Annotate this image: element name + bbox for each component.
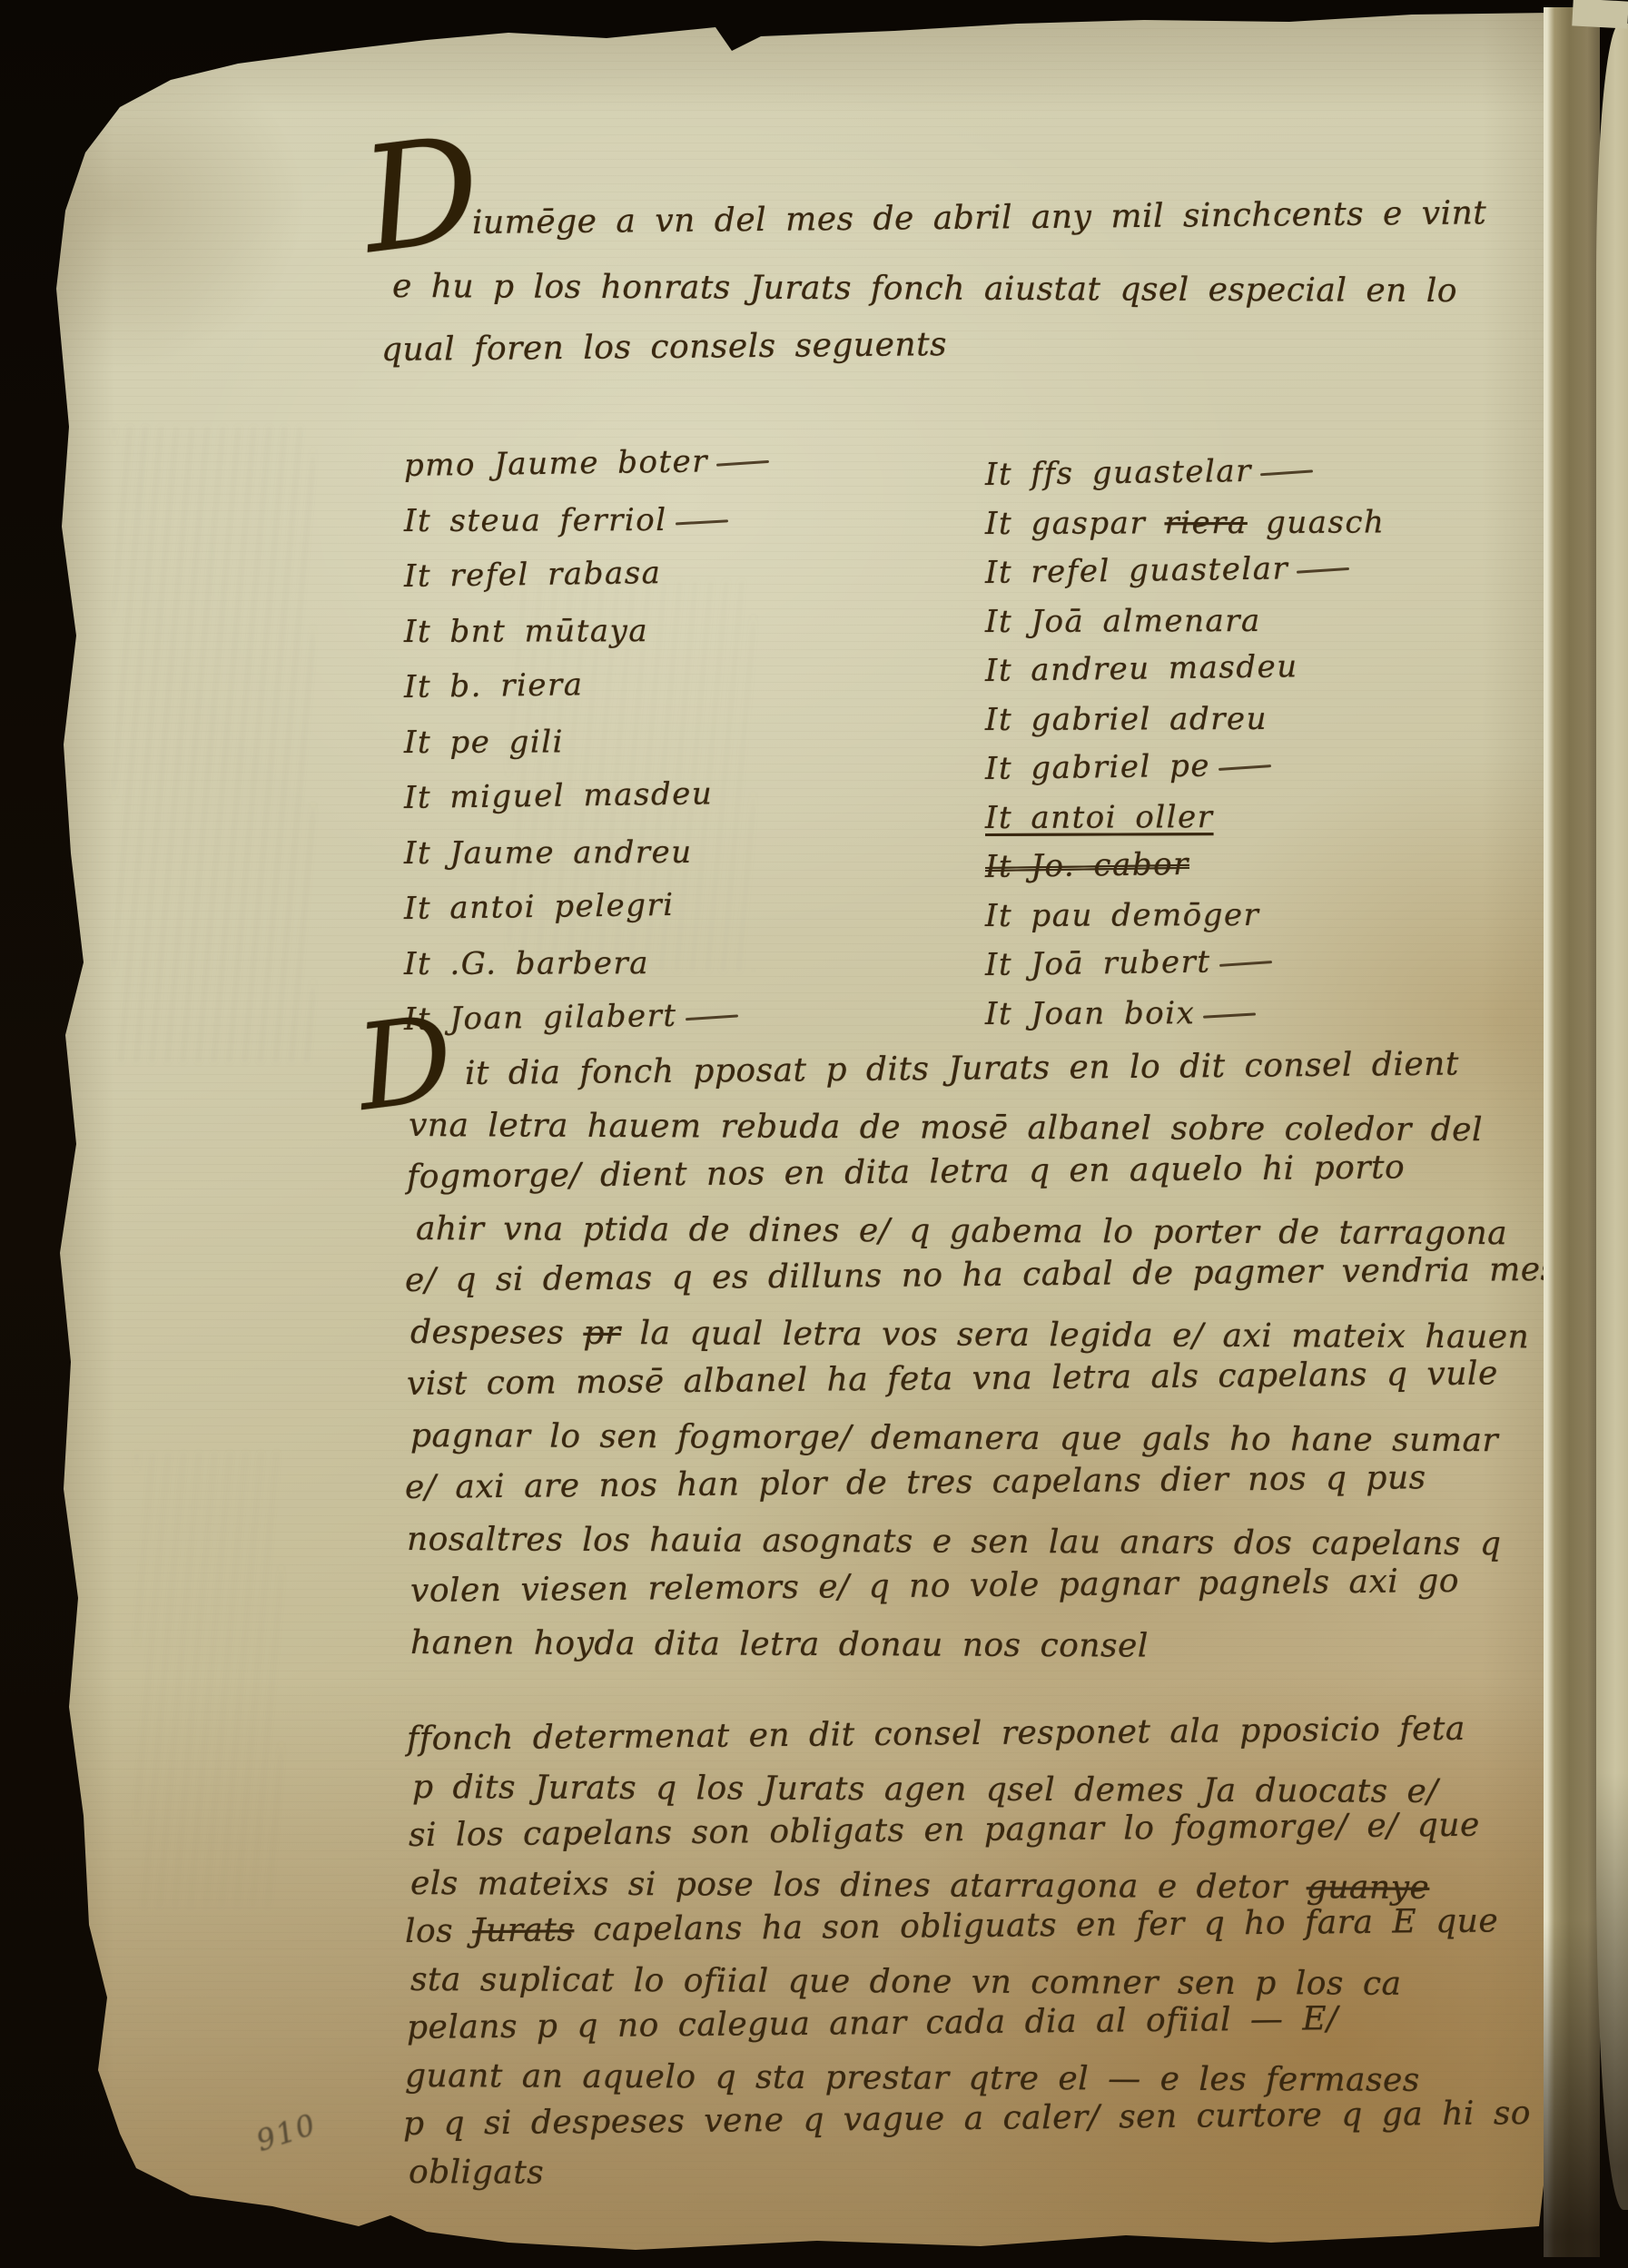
attendee-name: It ffs guastelar (985, 451, 1386, 493)
manuscript-line: despeses pr la qual letra vos sera legid… (410, 1314, 1529, 1356)
attendee-name: It pe gili (404, 724, 769, 761)
attendee-name: It antoi oller (985, 798, 1386, 836)
attendee-name: It .G. barbera (404, 945, 769, 982)
verso-ink-bleedthrough (113, 427, 313, 1062)
attendee-name: It antoi pelegri (404, 885, 770, 927)
struck-word: guanye (1307, 1869, 1430, 1907)
folio-number: 848 (71, 34, 154, 84)
attendee-name: It b. riera (404, 664, 770, 705)
manuscript-line: pagnar lo sen fogmorge/ demanera que gal… (410, 1417, 1498, 1459)
attendee-name: It gabriel pe (985, 745, 1386, 787)
manuscript-line: p q si despeses vene q vague a caler/ se… (403, 2095, 1531, 2143)
attendee-column-right: It ffs guastelar It gaspar riera guasch … (985, 457, 1385, 1045)
manuscript-line: los Jurats capelans ha son obliguats en … (405, 1902, 1499, 1950)
manuscript-line: ahir vna ptida de dines e/ q gabema lo p… (416, 1210, 1507, 1252)
manuscript-line: nosaltres los hauia asognats e sen lau a… (407, 1521, 1502, 1563)
binding-gutter (1544, 7, 1600, 2257)
attendee-name: It pau demōger (985, 896, 1386, 934)
manuscript-line: si los capelans son obligats en pagnar l… (409, 1807, 1480, 1854)
manuscript-line: e hu p los honrats Jurats fonch aiustat … (392, 268, 1457, 310)
manuscript-page: 848 D iumēge a vn del mes de abril any m… (0, 0, 1628, 2268)
attendee-name: It andreu masdeu (985, 647, 1386, 689)
attendee-column-left: pmo Jaume boter It steua ferriol It refe… (404, 448, 769, 1057)
manuscript-line: guant an aquelo q sta prestar qtre el — … (405, 2057, 1420, 2099)
torn-paper-fragment (1572, 0, 1628, 29)
attendee-name: It steua ferriol (404, 502, 769, 539)
attendee-name: It refel rabasa (404, 553, 770, 595)
manuscript-line: qual foren los consels seguents (381, 326, 947, 369)
manuscript-scan: 848 D iumēge a vn del mes de abril any m… (0, 0, 1628, 2268)
manuscript-line: ffonch determenat en dit consel responet… (407, 1711, 1465, 1758)
manuscript-line: vist com mosē albanel ha feta vna letra … (407, 1355, 1498, 1403)
initial-capital-d: D (355, 116, 488, 274)
struck-word: pr (583, 1315, 620, 1352)
attendee-name: It Joan boix (985, 994, 1386, 1032)
facing-page-edge (1596, 24, 1628, 2210)
manuscript-line: iumēge a vn del mes de abril any mil sin… (472, 194, 1487, 242)
attendee-name: It Joā almenara (985, 602, 1386, 640)
manuscript-line: sta suplicat lo ofiial que done vn comne… (410, 1961, 1402, 2003)
manuscript-line: hanen hoyda dita letra donau nos consel (410, 1624, 1149, 1665)
manuscript-line: e/ q si demas q es dilluns no ha cabal d… (405, 1251, 1558, 1299)
attendee-name: pmo Jaume boter (404, 442, 770, 484)
attendee-name: It gabriel adreu (985, 700, 1386, 738)
manuscript-line: obligats (409, 2154, 544, 2192)
attendee-name: It miguel masdeu (404, 774, 770, 816)
attendee-name: It Jaume andreu (404, 834, 769, 872)
manuscript-line: els mateixs si pose los dines atarragona… (410, 1865, 1429, 1907)
manuscript-line: e/ axi are nos han plor de tres capelans… (405, 1459, 1426, 1506)
manuscript-line: volen viesen relemors e/ q no vole pagna… (410, 1563, 1459, 1610)
struck-word: riera (1164, 505, 1247, 541)
manuscript-line: p dits Jurats q los Jurats agen qsel dem… (412, 1769, 1438, 1810)
struck-name: It Jo. cabor (985, 846, 1189, 885)
attendee-name: It bnt mūtaya (404, 613, 769, 650)
attendee-name: It Joan gilabert (404, 996, 770, 1038)
attendee-name: It gaspar riera guasch (985, 504, 1386, 542)
struck-word: Jurats (472, 1911, 575, 1949)
pencil-annotation: 910 (252, 2107, 321, 2159)
manuscript-line: fogmorge/ dient nos en dita letra q en a… (407, 1149, 1406, 1196)
attendee-name: It Joā rubert (985, 942, 1386, 983)
attendee-name: It refel guastelar (985, 549, 1386, 591)
attendee-name-struck: It Jo. cabor (985, 843, 1386, 885)
manuscript-line: pelans p q no calegua anar cada dia al o… (407, 2000, 1338, 2046)
manuscript-line: vna letra hauem rebuda de mosē albanel s… (409, 1107, 1483, 1149)
verso-ink-bleedthrough (136, 1453, 281, 1907)
